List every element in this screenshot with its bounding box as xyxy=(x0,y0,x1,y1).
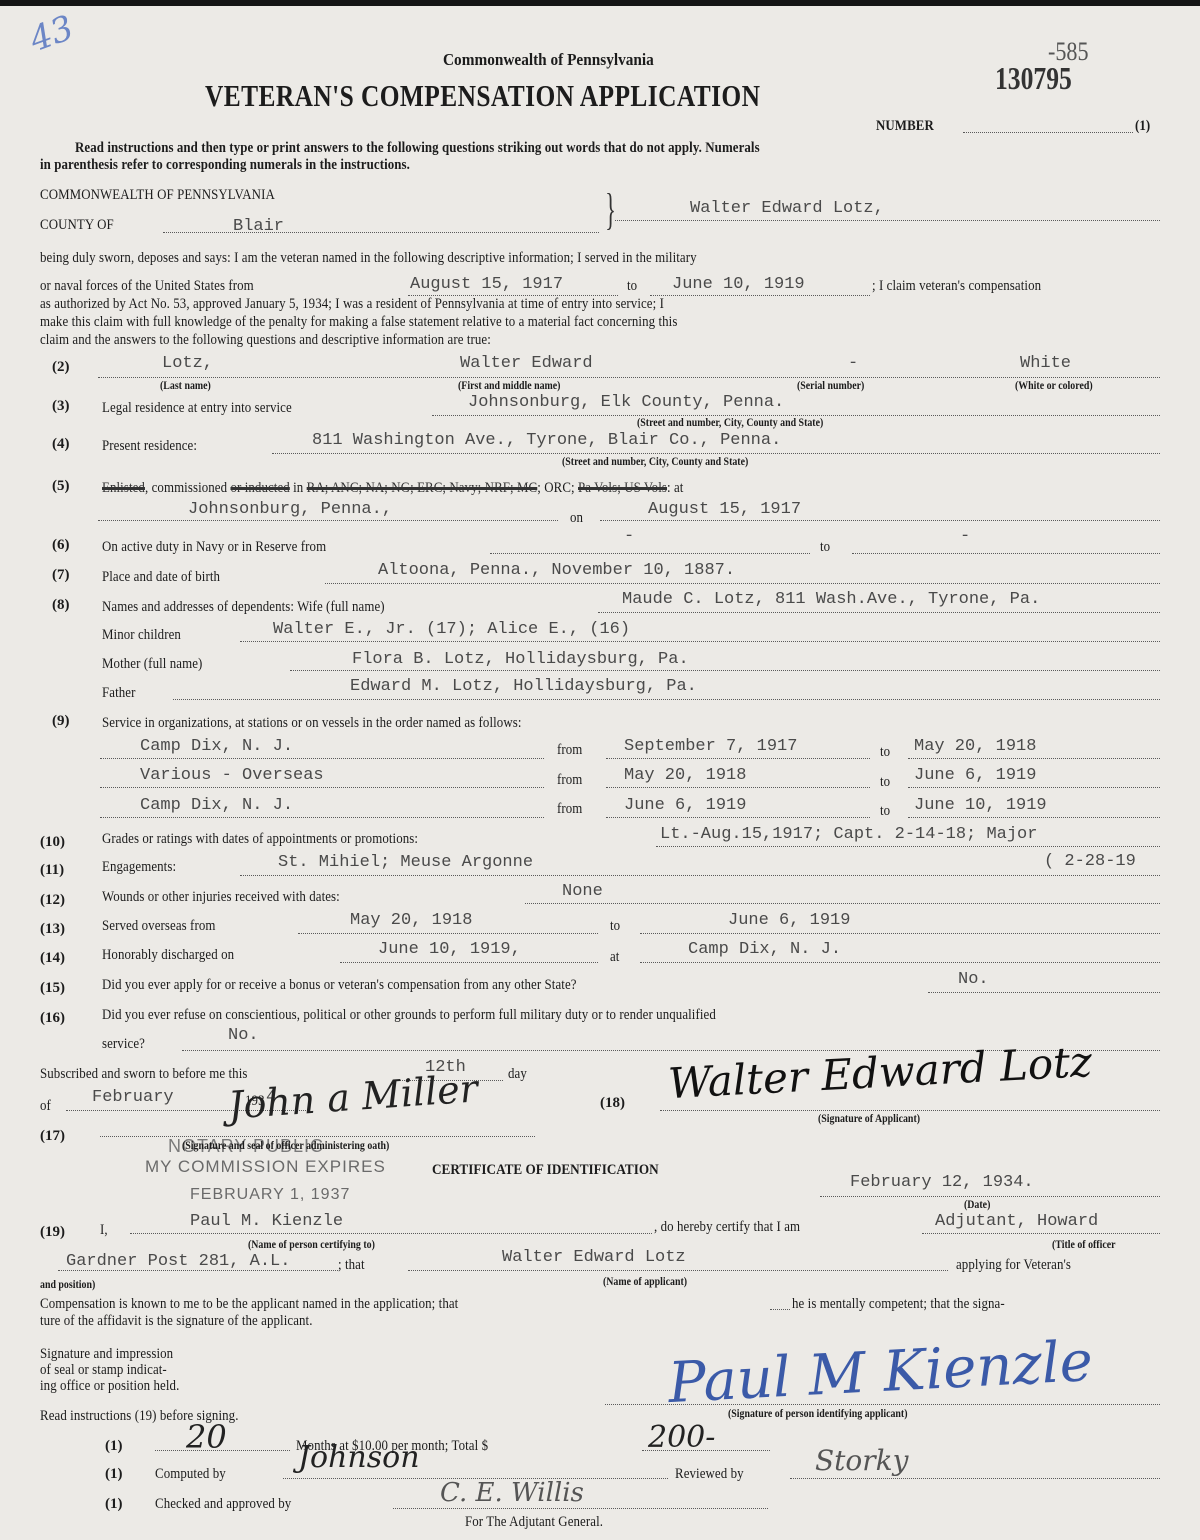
oath-line1: being duly sworn, deposes and says: I am… xyxy=(40,250,697,267)
reviewed-label: Reviewed by xyxy=(675,1466,744,1483)
certificate-body1b: he is mentally competent; that the signa… xyxy=(792,1296,1005,1313)
commission-stamp: MY COMMISSION EXPIRES xyxy=(145,1157,386,1177)
q6-number: (6) xyxy=(52,537,70,554)
day-label: day xyxy=(508,1066,527,1083)
label-first-name: (First and middle name) xyxy=(458,380,560,392)
q10-line xyxy=(656,846,1160,847)
q12-number: (12) xyxy=(40,892,65,909)
reviewed-line xyxy=(790,1478,1160,1479)
oath-line2-suffix: ; I claim veteran's compensation xyxy=(872,278,1041,295)
service-to-date[interactable]: June 6, 1919 xyxy=(914,766,1036,785)
mother-name[interactable]: Flora B. Lotz, Hollidaysburg, Pa. xyxy=(352,650,689,669)
q16-label: Did you ever refuse on conscientious, po… xyxy=(102,1007,716,1024)
service-to-date[interactable]: May 20, 1918 xyxy=(914,737,1036,756)
last-name[interactable]: Lotz, xyxy=(162,354,213,373)
race[interactable]: White xyxy=(1020,354,1071,373)
q15-number: (15) xyxy=(40,980,65,997)
title-label: (Title of officer xyxy=(1052,1239,1116,1251)
number-ref: (1) xyxy=(1135,118,1150,135)
checked-line xyxy=(393,1508,768,1509)
q6-from-line xyxy=(490,553,810,554)
applicant-signature-label: (Signature of Applicant) xyxy=(818,1113,920,1125)
office-ref: (1) xyxy=(105,1466,123,1483)
applicant-name-line xyxy=(408,1270,948,1271)
to-label: to xyxy=(880,774,890,791)
certifier-line xyxy=(130,1233,652,1234)
q7-number: (7) xyxy=(52,567,70,584)
form-title: VETERAN'S COMPENSATION APPLICATION xyxy=(205,78,760,114)
legal-residence[interactable]: Johnsonburg, Elk County, Penna. xyxy=(468,393,784,412)
number-label: NUMBER xyxy=(876,118,934,135)
refused-duty[interactable]: No. xyxy=(228,1026,259,1045)
first-middle-name[interactable]: Walter Edward xyxy=(460,354,593,373)
father-name[interactable]: Edward M. Lotz, Hollidaysburg, Pa. xyxy=(350,677,697,696)
q15-label: Did you ever apply for or receive a bonu… xyxy=(102,977,577,994)
identifier-signature-line xyxy=(605,1404,1160,1405)
subscribed-text: Subscribed and sworn to before me this xyxy=(40,1066,247,1083)
pronoun-line xyxy=(770,1309,790,1310)
q4-number: (4) xyxy=(52,436,70,453)
total-value: 200- xyxy=(648,1420,715,1455)
grades-continued[interactable]: ( 2-28-19 xyxy=(1044,852,1136,871)
computed-by: Johnson xyxy=(298,1440,420,1475)
q8-label: Names and addresses of dependents: Wife … xyxy=(102,599,385,616)
position-label: and position) xyxy=(40,1279,95,1291)
enlistment-date[interactable]: August 15, 1917 xyxy=(648,500,801,519)
service-from[interactable]: August 15, 1917 xyxy=(410,275,563,294)
q19-number: (19) xyxy=(40,1224,65,1241)
q6-to-label: to xyxy=(820,539,830,556)
wife-name[interactable]: Maude C. Lotz, 811 Wash.Ave., Tyrone, Pa… xyxy=(622,590,1040,609)
applicant-name-label: (Name of applicant) xyxy=(603,1276,687,1288)
engagements[interactable]: St. Mihiel; Meuse Argonne xyxy=(278,853,533,872)
q16-number: (16) xyxy=(40,1010,65,1027)
q14-label: Honorably discharged on xyxy=(102,947,234,964)
struck-enlisted: Enlisted xyxy=(102,480,145,496)
applicant-signature-line xyxy=(660,1110,1160,1111)
service-to-date[interactable]: June 10, 1919 xyxy=(914,796,1047,815)
applicant-signature: Walter Edward Lotz xyxy=(667,1037,1093,1108)
present-residence[interactable]: 811 Washington Ave., Tyrone, Blair Co., … xyxy=(312,431,781,450)
in-label: in xyxy=(293,480,303,496)
q9-number: (9) xyxy=(52,713,70,730)
brace-icon: } xyxy=(605,184,616,235)
office-ref: (1) xyxy=(105,1496,123,1513)
label-last-name: (Last name) xyxy=(160,380,211,392)
birth-place-date[interactable]: Altoona, Penna., November 10, 1887. xyxy=(378,561,735,580)
q18-number: (18) xyxy=(600,1095,625,1112)
service-org[interactable]: Various - Overseas xyxy=(140,766,324,785)
certifier-title-cont[interactable]: Gardner Post 281, A.L. xyxy=(66,1252,290,1271)
compensation-application-form: 43 Commonwealth of Pennsylvania VETERAN'… xyxy=(0,0,1200,1540)
q7-line xyxy=(325,583,1160,584)
grades-promotions[interactable]: Lt.-Aug.15,1917; Capt. 2-14-18; Major xyxy=(660,825,1037,844)
q4-line xyxy=(272,453,1160,454)
affiant-name[interactable]: Walter Edward Lotz, xyxy=(690,199,884,218)
stamp-number-main: 130795 xyxy=(995,60,1072,97)
certifier-title[interactable]: Adjutant, Howard xyxy=(935,1212,1098,1231)
q2-number: (2) xyxy=(52,359,70,376)
service-row-to-line xyxy=(908,817,1160,818)
from-label: from xyxy=(557,801,582,818)
number-field[interactable] xyxy=(963,132,1133,133)
on-label: on xyxy=(570,510,583,527)
serial-number[interactable]: - xyxy=(848,354,858,373)
of-label: of xyxy=(40,1098,51,1115)
service-from-date[interactable]: September 7, 1917 xyxy=(624,737,797,756)
q5-number: (5) xyxy=(52,478,70,495)
certificate-body1: Compensation is known to me to be the ap… xyxy=(40,1296,458,1313)
commission-date: FEBRUARY 1, 1937 xyxy=(190,1186,350,1204)
q11-label: Engagements: xyxy=(102,859,176,876)
q4-label: Present residence: xyxy=(102,438,197,455)
from-label: from xyxy=(557,742,582,759)
affiant-line xyxy=(615,220,1160,221)
identifier-signature-label: (Signature of person identifying applica… xyxy=(728,1408,908,1420)
struck-branches: RA; ANC; NA; NG; ERC; Navy; NRF; MC xyxy=(307,480,538,496)
q3-label: Legal residence at entry into service xyxy=(102,400,292,417)
instructions-line2: in parenthesis refer to corresponding nu… xyxy=(40,157,410,174)
children-line xyxy=(240,641,1160,642)
mother-label: Mother (full name) xyxy=(102,656,202,673)
certificate-title: CERTIFICATE OF IDENTIFICATION xyxy=(432,1162,659,1179)
struck-vols: Pa Vols; US Vols xyxy=(578,480,667,496)
q14-date-line xyxy=(340,962,598,963)
seal-note2: of seal or stamp indicat- xyxy=(40,1362,167,1379)
q14-place-line xyxy=(640,962,1160,963)
q14-at-label: at xyxy=(610,949,619,966)
commonwealth-heading: Commonwealth of Pennsylvania xyxy=(443,50,654,70)
wounds[interactable]: None xyxy=(562,882,603,901)
service-row-from-line xyxy=(606,817,870,818)
q13-from-line xyxy=(298,933,598,934)
certificate-date-label: (Date) xyxy=(964,1199,990,1211)
q7-label: Place and date of birth xyxy=(102,569,220,586)
orc-label: ; ORC; xyxy=(537,480,574,496)
navy-to[interactable]: - xyxy=(960,527,970,546)
q3-number: (3) xyxy=(52,398,70,415)
discharge-place[interactable]: Camp Dix, N. J. xyxy=(688,940,841,959)
oath-line2-prefix: or naval forces of the United States fro… xyxy=(40,278,254,295)
county-value[interactable]: Blair xyxy=(233,217,284,236)
applying-text: applying for Veteran's xyxy=(956,1257,1071,1274)
from-label: from xyxy=(557,772,582,789)
certificate-date-line xyxy=(820,1196,1160,1197)
q3-line xyxy=(432,415,1160,416)
checked-label: Checked and approved by xyxy=(155,1496,291,1513)
q6-label: On active duty in Navy or in Reserve fro… xyxy=(102,539,326,556)
county-label: COUNTY OF xyxy=(40,217,114,234)
service-to[interactable]: June 10, 1919 xyxy=(672,275,805,294)
at-label: : at xyxy=(667,480,683,496)
q11-line xyxy=(240,875,1160,876)
q13-to-line xyxy=(640,933,1160,934)
service-from-date[interactable]: June 6, 1919 xyxy=(624,796,746,815)
certificate-body2: ture of the affidavit is the signature o… xyxy=(40,1313,313,1330)
q11-number: (11) xyxy=(40,862,64,879)
checked-by: C. E. Willis xyxy=(440,1478,584,1508)
q9-label: Service in organizations, at stations or… xyxy=(102,715,522,732)
for-adjutant-general: For The Adjutant General. xyxy=(465,1514,603,1531)
identifier-signature: Paul M Kienzle xyxy=(667,1329,1095,1416)
service-org[interactable]: Camp Dix, N. J. xyxy=(140,796,293,815)
q12-line xyxy=(525,903,1160,904)
discharge-date[interactable]: June 10, 1919, xyxy=(378,940,521,959)
label-race: (White or colored) xyxy=(1015,380,1093,392)
overseas-from[interactable]: May 20, 1918 xyxy=(350,911,472,930)
q2-line xyxy=(98,377,1160,378)
struck-inducted: or inducted xyxy=(230,480,289,496)
to-label: to xyxy=(627,278,637,295)
certify-text: , do hereby certify that I am xyxy=(654,1219,800,1236)
q5-place-line xyxy=(98,520,558,521)
certificate-date[interactable]: February 12, 1934. xyxy=(850,1173,1034,1192)
to-label: to xyxy=(880,803,890,820)
service-row-org-line xyxy=(100,817,544,818)
q14-number: (14) xyxy=(40,950,65,967)
service-row-to-line xyxy=(908,787,1160,788)
officer-label: (Signature and seal of officer administe… xyxy=(182,1140,389,1152)
seal-note1: Signature and impression xyxy=(40,1346,173,1363)
mother-line xyxy=(290,670,1160,671)
q13-number: (13) xyxy=(40,921,65,938)
i-label: I, xyxy=(100,1222,108,1239)
certifier-name[interactable]: Paul M. Kienzle xyxy=(190,1212,343,1231)
service-row-org-line xyxy=(100,758,544,759)
service-org[interactable]: Camp Dix, N. J. xyxy=(140,737,293,756)
officer-signature: John a Miller xyxy=(227,1066,479,1127)
oath-line3: as authorized by Act No. 53, approved Ja… xyxy=(40,296,664,313)
months-value: 20 xyxy=(186,1418,227,1456)
q13-label: Served overseas from xyxy=(102,918,215,935)
q10-number: (10) xyxy=(40,834,65,851)
minor-children[interactable]: Walter E., Jr. (17); Alice E., (16) xyxy=(273,620,630,639)
father-line xyxy=(173,699,1160,700)
service-row-from-line xyxy=(606,787,870,788)
state-label: COMMONWEALTH OF PENNSYLVANIA xyxy=(40,187,275,204)
service-row-to-line xyxy=(908,758,1160,759)
seal-note3: ing office or position held. xyxy=(40,1378,179,1395)
service-from-date[interactable]: May 20, 1918 xyxy=(624,766,746,785)
county-line xyxy=(163,232,599,233)
q5-date-line xyxy=(600,520,1160,521)
service-to-line xyxy=(650,295,870,296)
office-ref: (1) xyxy=(105,1438,123,1455)
q17-number: (17) xyxy=(40,1128,65,1145)
corner-pencil-mark: 43 xyxy=(24,8,78,60)
certified-applicant-name[interactable]: Walter Edward Lotz xyxy=(502,1248,686,1267)
q16-label2: service? xyxy=(102,1036,145,1053)
oath-line4: make this claim with full knowledge of t… xyxy=(40,314,677,331)
instructions-line1: Read instructions and then type or print… xyxy=(75,140,760,157)
overseas-to[interactable]: June 6, 1919 xyxy=(728,911,850,930)
wife-line xyxy=(598,612,1160,613)
certifier-label: (Name of person certifying to) xyxy=(248,1239,375,1251)
commissioned-label: , commissioned xyxy=(145,480,227,496)
service-row-from-line xyxy=(606,758,870,759)
navy-from[interactable]: - xyxy=(624,527,634,546)
father-label: Father xyxy=(102,685,135,702)
q12-label: Wounds or other injuries received with d… xyxy=(102,889,340,906)
q15-line xyxy=(928,992,1160,993)
scan-edge xyxy=(0,0,1200,6)
q6-to-line xyxy=(852,553,1160,554)
reviewed-by: Storky xyxy=(815,1444,908,1477)
q4-hint: (Street and number, City, County and Sta… xyxy=(562,456,748,468)
enlistment-place[interactable]: Johnsonburg, Penna., xyxy=(188,500,392,519)
service-row-org-line xyxy=(100,787,544,788)
to-label: to xyxy=(880,744,890,761)
oath-line5: claim and the answers to the following q… xyxy=(40,332,491,349)
sworn-month[interactable]: February xyxy=(92,1088,174,1107)
that-label: ; that xyxy=(338,1257,365,1274)
q10-label: Grades or ratings with dates of appointm… xyxy=(102,831,418,848)
children-label: Minor children xyxy=(102,627,181,644)
other-state-bonus[interactable]: No. xyxy=(958,970,989,989)
q13-to-label: to xyxy=(610,918,620,935)
label-serial: (Serial number) xyxy=(797,380,864,392)
title-line xyxy=(922,1233,1160,1234)
q8-number: (8) xyxy=(52,597,70,614)
q3-hint: (Street and number, City, County and Sta… xyxy=(637,417,823,429)
computed-label: Computed by xyxy=(155,1466,226,1483)
